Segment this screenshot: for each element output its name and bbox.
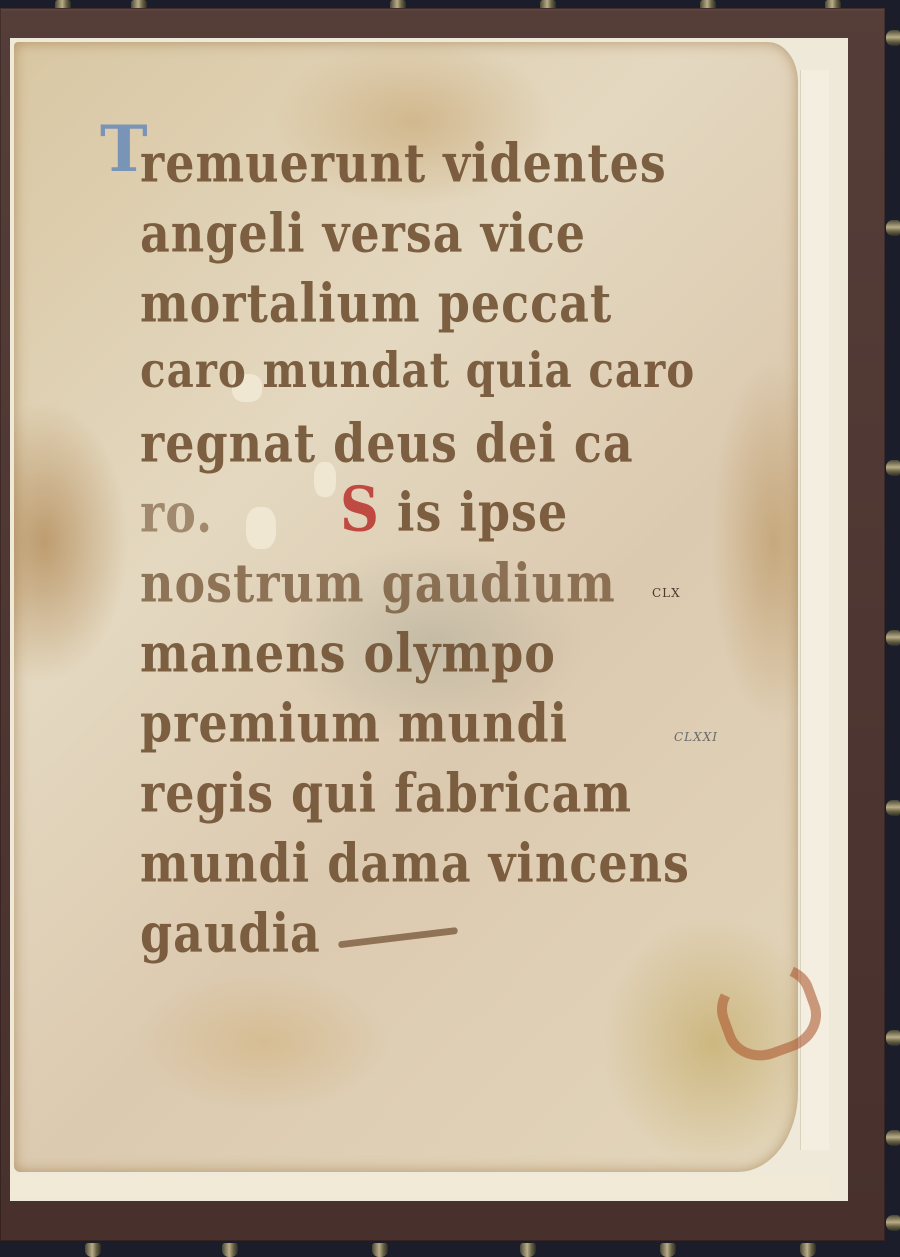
folio-number-ink: CLX: [652, 586, 681, 600]
line-filler-ornament: [338, 927, 458, 948]
frame-rivet: [372, 1243, 388, 1257]
frame-rivet: [800, 1243, 816, 1257]
text-line-1: remuerunt videntes: [140, 132, 667, 201]
frame-rivet: [886, 1130, 900, 1146]
frame-rivet: [886, 630, 900, 646]
frame-rivet: [660, 1243, 676, 1257]
text-line-8: manens olympo: [140, 622, 556, 691]
text-line-3: mortalium peccat: [140, 272, 612, 341]
frame-rivet: [886, 460, 900, 476]
frame-rivet: [520, 1243, 536, 1257]
text-line-9: premium mundi: [140, 692, 568, 761]
mat-bottom-edge: [10, 1175, 830, 1197]
text-line-2: angeli versa vice: [140, 202, 586, 271]
text-line-6-words: is ipse: [397, 481, 568, 543]
frame-rivet: [886, 800, 900, 816]
text-line-12-word: gaudia: [140, 902, 321, 964]
folio-number-pencil: CLXXI: [674, 730, 718, 744]
frame-rivet: [886, 1030, 900, 1046]
frame-rivet: [886, 220, 900, 236]
frame-rivet: [222, 1243, 238, 1257]
frame-rivet: [886, 30, 900, 46]
text-line-6-rest: S is ipse: [340, 472, 568, 541]
text-line-5: regnat deus dei ca: [140, 412, 634, 481]
text-line-6-start: ro.: [140, 482, 213, 551]
text-line-12: gaudia: [140, 902, 458, 971]
red-initial-S: S: [340, 472, 380, 546]
text-line-11: mundi dama vincens: [140, 832, 690, 901]
text-line-7: nostrum gaudium: [140, 552, 616, 621]
frame-rivet: [886, 1215, 900, 1231]
text-line-10: regis qui fabricam: [140, 762, 632, 831]
text-line-4: caro mundat quia caro: [140, 342, 695, 411]
parchment-hole: [246, 507, 276, 549]
frame-rivet: [85, 1243, 101, 1257]
